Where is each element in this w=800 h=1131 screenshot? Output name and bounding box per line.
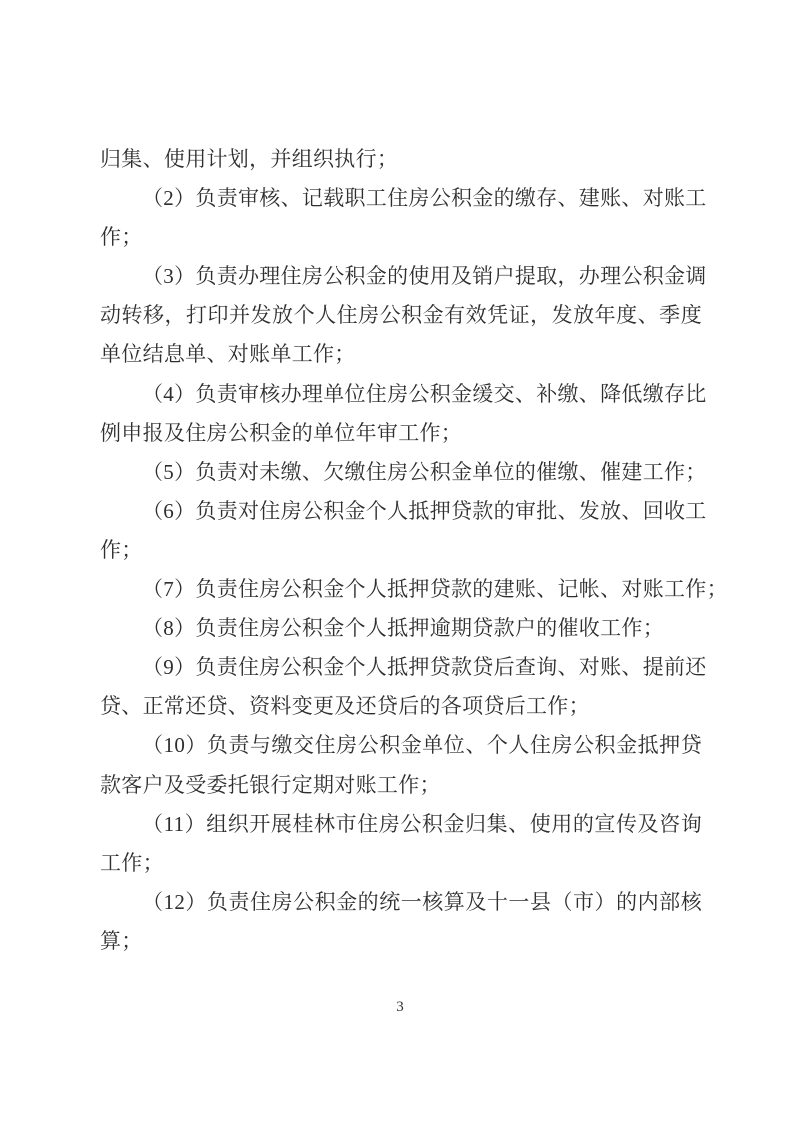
text-line: （7）负责住房公积金个人抵押贷款的建账、记帐、对账工作；: [100, 570, 702, 609]
page-number: 3: [0, 999, 800, 1016]
body-text: 归集、使用计划，并组织执行；（2）负责审核、记载职工住房公积金的缴存、建账、对账…: [100, 140, 702, 961]
text-line: 作；: [100, 218, 702, 257]
text-line: （12）负责住房公积金的统一核算及十一县（市）的内部核: [100, 883, 702, 922]
text-line: 工作；: [100, 844, 702, 883]
text-line: （10）负责与缴交住房公积金单位、个人住房公积金抵押贷: [100, 726, 702, 765]
text-line: 单位结息单、对账单工作；: [100, 335, 702, 374]
text-line: 算；: [100, 922, 702, 961]
text-line: （11）组织开展桂林市住房公积金归集、使用的宣传及咨询: [100, 805, 702, 844]
text-line: （9）负责住房公积金个人抵押贷款贷后查询、对账、提前还: [100, 648, 702, 687]
text-line: 归集、使用计划，并组织执行；: [100, 140, 702, 179]
text-line: 例申报及住房公积金的单位年审工作；: [100, 414, 702, 453]
text-line: （8）负责住房公积金个人抵押逾期贷款户的催收工作；: [100, 609, 702, 648]
text-line: （3）负责办理住房公积金的使用及销户提取，办理公积金调: [100, 257, 702, 296]
text-line: 作；: [100, 531, 702, 570]
text-line: （4）负责审核办理单位住房公积金缓交、补缴、降低缴存比: [100, 375, 702, 414]
text-line: （6）负责对住房公积金个人抵押贷款的审批、发放、回收工: [100, 492, 702, 531]
text-line: 款客户及受委托银行定期对账工作；: [100, 766, 702, 805]
document-page: 归集、使用计划，并组织执行；（2）负责审核、记载职工住房公积金的缴存、建账、对账…: [0, 0, 800, 1131]
text-line: 动转移，打印并发放个人住房公积金有效凭证，发放年度、季度: [100, 296, 702, 335]
text-line: 贷、正常还贷、资料变更及还贷后的各项贷后工作；: [100, 687, 702, 726]
text-line: （5）负责对未缴、欠缴住房公积金单位的催缴、催建工作；: [100, 453, 702, 492]
text-line: （2）负责审核、记载职工住房公积金的缴存、建账、对账工: [100, 179, 702, 218]
